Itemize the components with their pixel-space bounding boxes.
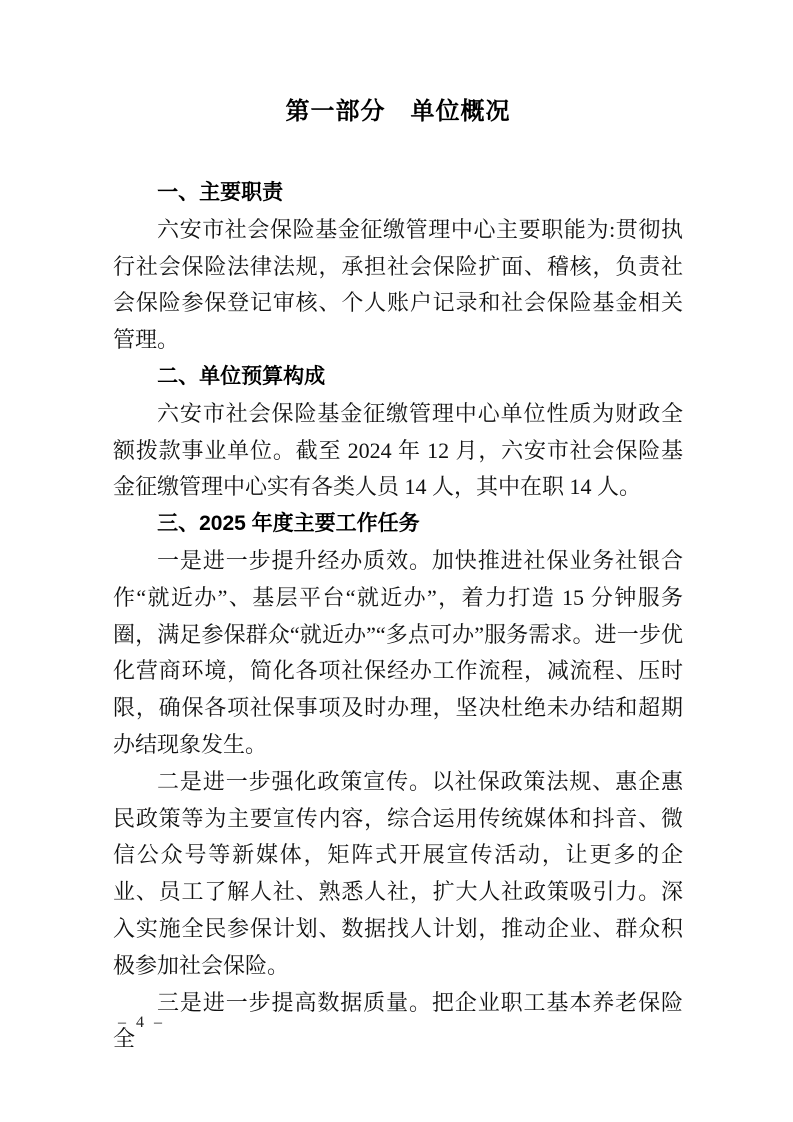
section-2025-work-tasks: 三、2025 年度主要工作任务 一是进一步提升经办质效。加快推进社保业务社银合作… [113,506,683,1058]
page-title: 第一部分 单位概况 [113,0,683,127]
paragraph-task-1: 一是进一步提升经办质效。加快推进社保业务社银合作“就近办”、基层平台“就近办”，… [113,543,683,764]
section-heading-main-duties: 一、主要职责 [113,175,683,212]
paragraph-main-duties: 六安市社会保险基金征缴管理中心主要职能为:贯彻执行社会保险法律法规，承担社会保险… [113,212,683,359]
section-heading-2025-work-tasks: 三、2025 年度主要工作任务 [113,506,683,543]
section-main-duties: 一、主要职责 六安市社会保险基金征缴管理中心主要职能为:贯彻执行社会保险法律法规… [113,175,683,359]
document-page: 第一部分 单位概况 一、主要职责 六安市社会保险基金征缴管理中心主要职能为:贯彻… [0,0,793,1122]
section-budget-composition: 二、单位预算构成 六安市社会保险基金征缴管理中心单位性质为财政全额拨款事业单位。… [113,359,683,506]
section-heading-budget-composition: 二、单位预算构成 [113,359,683,396]
paragraph-task-2: 二是进一步强化政策宣传。以社保政策法规、惠企惠民政策等为主要宣传内容，综合运用传… [113,764,683,985]
document-content: 第一部分 单位概况 一、主要职责 六安市社会保险基金征缴管理中心主要职能为:贯彻… [113,0,683,1058]
paragraph-budget-composition: 六安市社会保险基金征缴管理中心单位性质为财政全额拨款事业单位。截至 2024 年… [113,396,683,506]
page-number: – 4 – [118,1014,165,1032]
paragraph-task-3-truncated: 三是进一步提高数据质量。把企业职工基本养老保险全 [113,985,683,1059]
